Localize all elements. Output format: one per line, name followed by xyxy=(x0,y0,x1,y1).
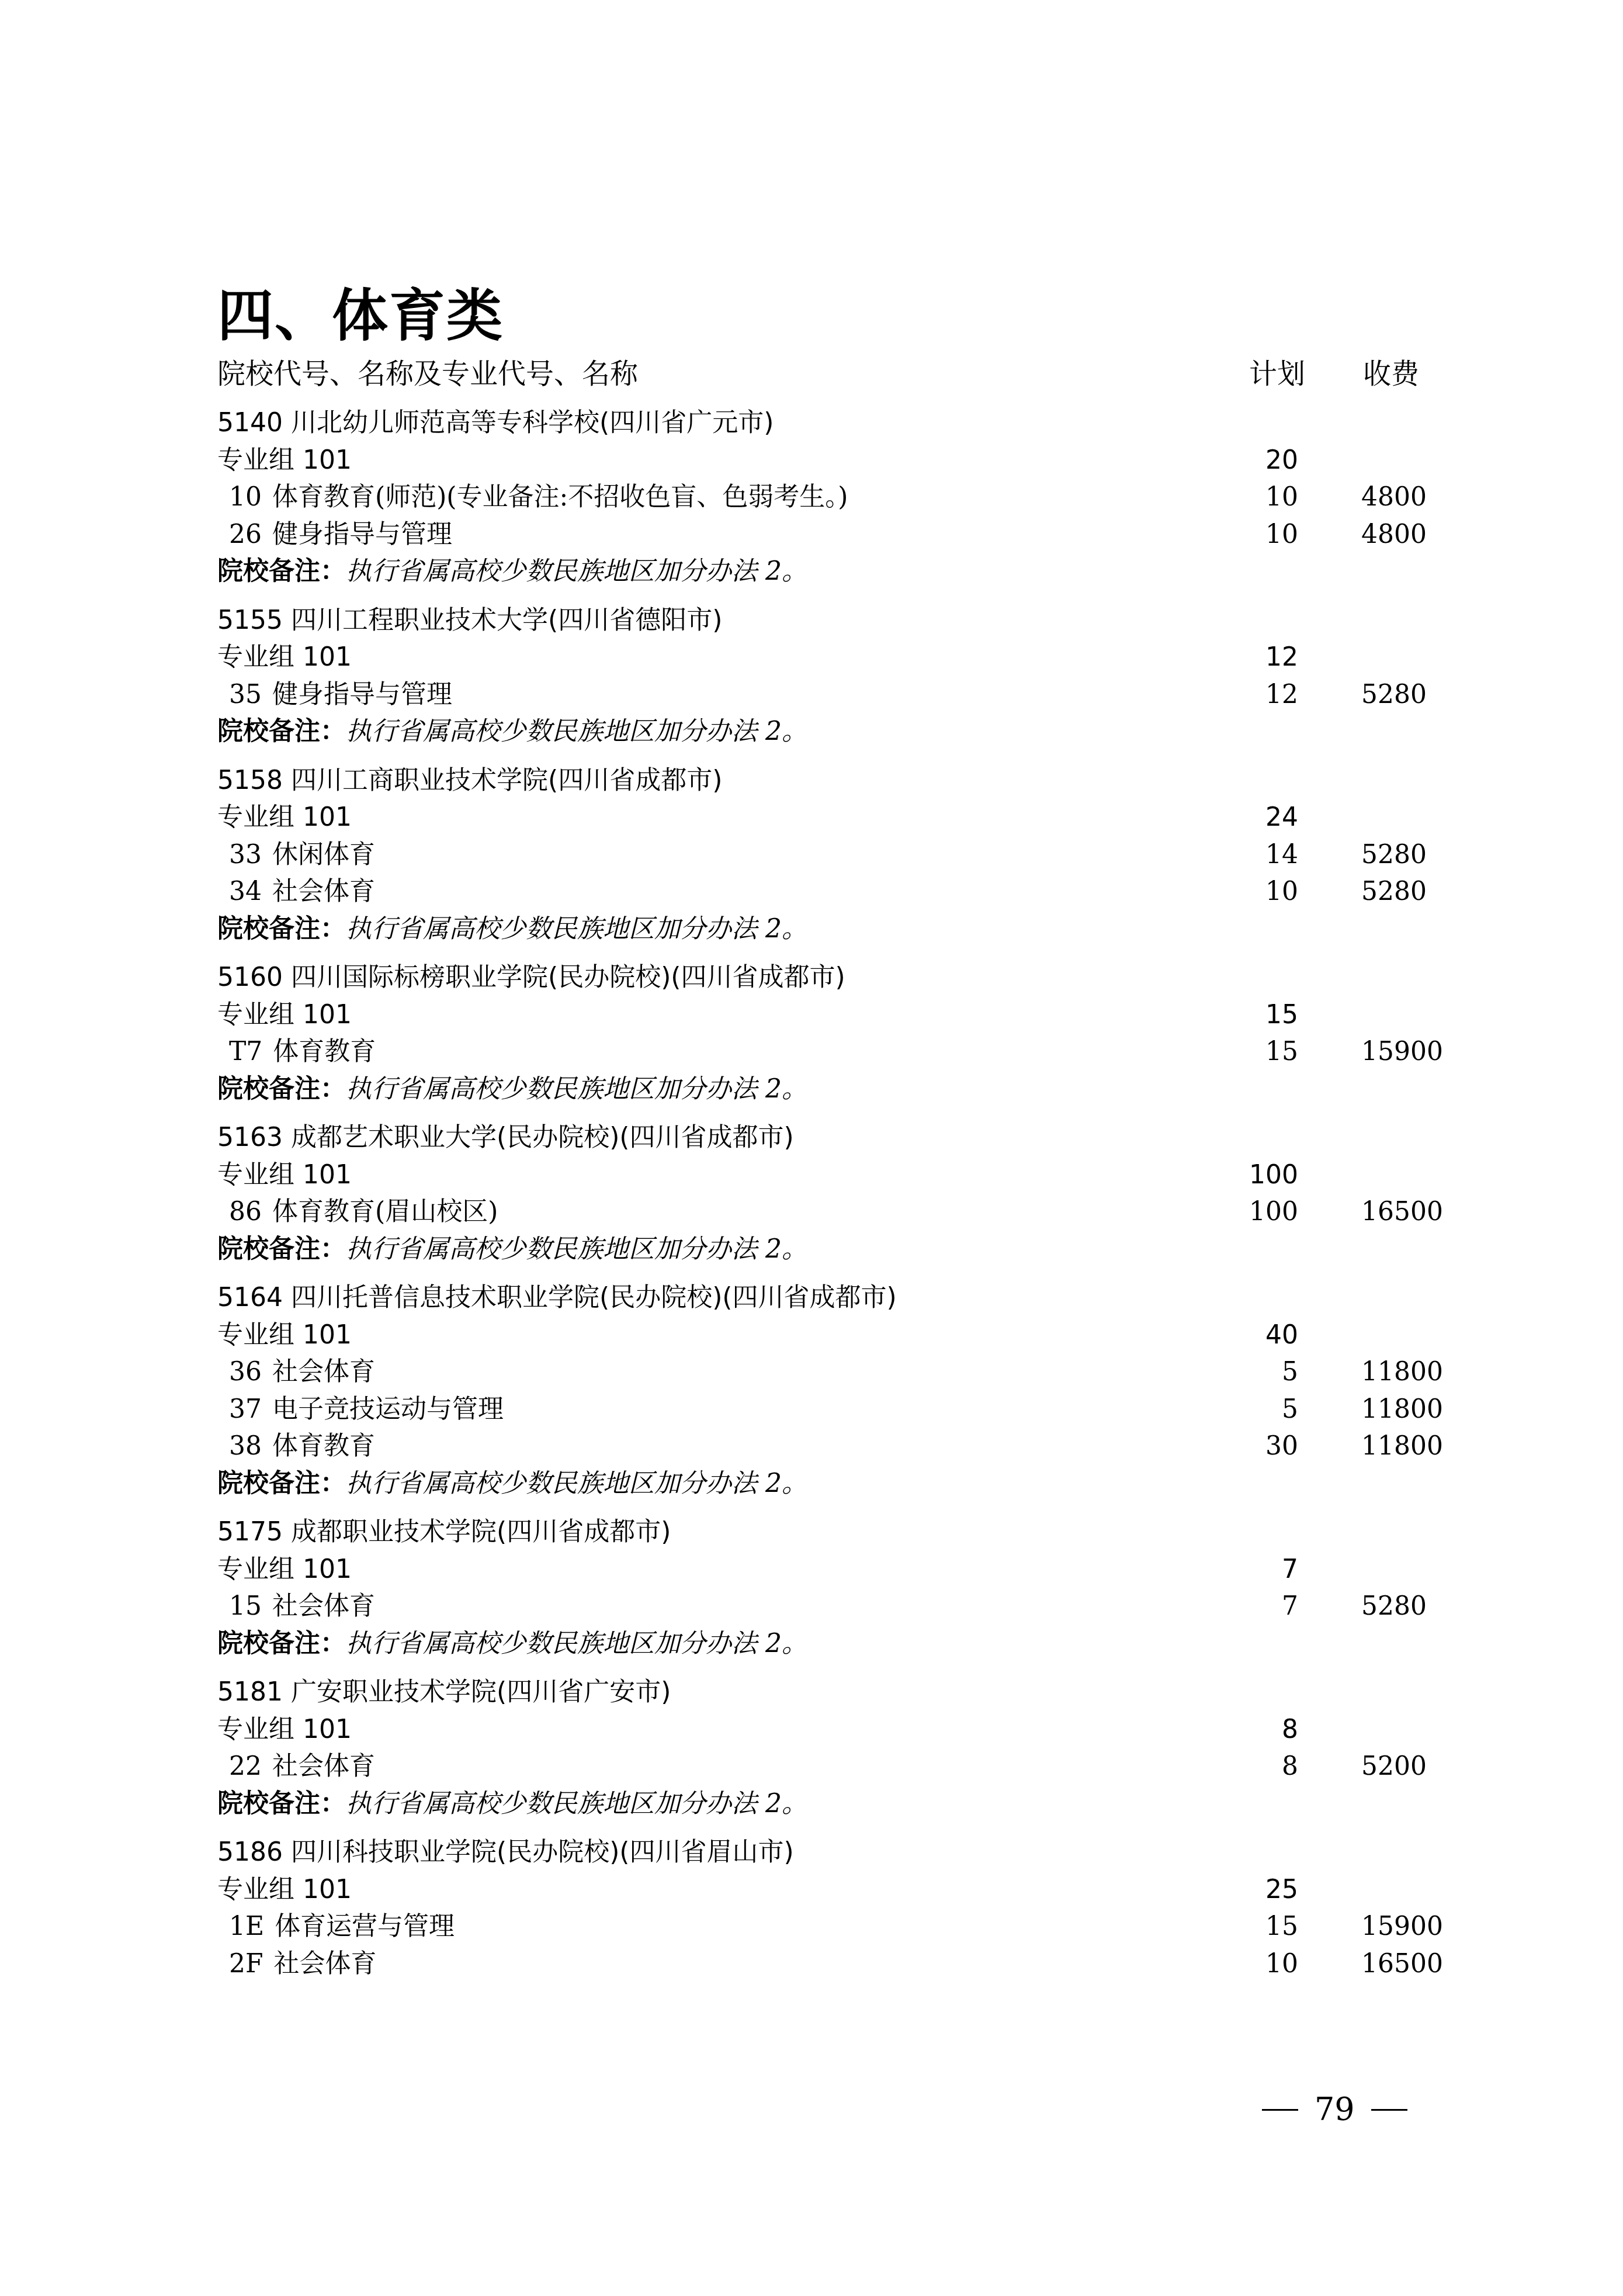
school-heading: 5181 广安职业技术学院(四川省广安市) xyxy=(217,1674,1444,1711)
major-name: 体育教育(眉山校区) xyxy=(272,1197,498,1227)
school-block: 5163 成都艺术职业大学(民办院校)(四川省成都市)专业组 10110086体… xyxy=(217,1119,1444,1268)
major-name-cell: 35健身指导与管理 xyxy=(229,676,452,714)
major-row: T7体育教育1515900 xyxy=(217,1033,1444,1071)
major-group-plan: 40 xyxy=(1265,1317,1298,1354)
major-fee: 4800 xyxy=(1361,479,1427,516)
major-group-plan: 100 xyxy=(1249,1156,1298,1194)
school-title: 四川托普信息技术职业学院(民办院校)(四川省成都市) xyxy=(291,1283,897,1313)
major-code: T7 xyxy=(229,1033,262,1071)
major-name: 社会体育 xyxy=(272,877,375,906)
major-plan: 15 xyxy=(1265,1033,1298,1071)
major-code: 34 xyxy=(229,873,262,910)
major-group-label: 专业组 101 xyxy=(217,1551,352,1588)
major-plan: 15 xyxy=(1265,1908,1298,1945)
major-row: 2F社会体育1016500 xyxy=(217,1945,1444,1983)
major-group-row: 专业组 10125 xyxy=(217,1871,1444,1909)
school-name: 5155 四川工程职业技术大学(四川省德阳市) xyxy=(217,602,722,639)
school-block: 5155 四川工程职业技术大学(四川省德阳市)专业组 1011235健身指导与管… xyxy=(217,602,1444,750)
major-group-row: 专业组 10120 xyxy=(217,442,1444,479)
major-code: 1E xyxy=(229,1908,264,1945)
remark-label: 院校备注： xyxy=(217,1234,346,1264)
major-group-plan: 8 xyxy=(1282,1711,1298,1748)
major-code: 86 xyxy=(229,1193,262,1231)
major-row: 33休闲体育145280 xyxy=(217,836,1444,874)
school-title: 成都职业技术学院(四川省成都市) xyxy=(291,1517,671,1547)
major-fee: 4800 xyxy=(1361,516,1427,553)
major-fee: 5280 xyxy=(1361,873,1427,910)
major-row: 15社会体育75280 xyxy=(217,1588,1444,1625)
major-name: 社会体育 xyxy=(272,1357,375,1387)
school-code: 5158 xyxy=(217,766,283,795)
major-code: 2F xyxy=(229,1945,263,1983)
remark-label: 院校备注： xyxy=(217,1074,346,1104)
major-row: 1E体育运营与管理1515900 xyxy=(217,1908,1444,1945)
major-group-plan: 25 xyxy=(1265,1871,1298,1909)
school-block: 5181 广安职业技术学院(四川省广安市)专业组 101822社会体育85200… xyxy=(217,1674,1444,1822)
school-remark: 院校备注：执行省属高校少数民族地区加分办法 2。 xyxy=(217,553,1444,590)
major-group-plan: 15 xyxy=(1265,996,1298,1034)
major-name: 体育教育 xyxy=(273,1037,376,1066)
major-group-label: 专业组 101 xyxy=(217,442,352,479)
major-code: 37 xyxy=(229,1391,262,1428)
school-heading: 5163 成都艺术职业大学(民办院校)(四川省成都市) xyxy=(217,1119,1444,1156)
major-fee: 15900 xyxy=(1361,1033,1443,1071)
major-group-row: 专业组 1017 xyxy=(217,1551,1444,1588)
major-name-cell: T7体育教育 xyxy=(229,1033,376,1071)
school-block: 5158 四川工商职业技术学院(四川省成都市)专业组 1012433休闲体育14… xyxy=(217,762,1444,948)
school-heading: 5164 四川托普信息技术职业学院(民办院校)(四川省成都市) xyxy=(217,1279,1444,1317)
school-title: 四川工程职业技术大学(四川省德阳市) xyxy=(291,605,722,635)
remark-text: 执行省属高校少数民族地区加分办法 2。 xyxy=(346,914,807,944)
major-name-cell: 22社会体育 xyxy=(229,1748,375,1785)
major-name-cell: 1E体育运营与管理 xyxy=(229,1908,455,1945)
school-title: 四川工商职业技术学院(四川省成都市) xyxy=(291,766,722,795)
major-row: 38体育教育3011800 xyxy=(217,1428,1444,1465)
major-group-plan: 20 xyxy=(1265,442,1298,479)
major-group-row: 专业组 10115 xyxy=(217,996,1444,1034)
major-fee: 11800 xyxy=(1361,1391,1443,1428)
major-group-label: 专业组 101 xyxy=(217,1317,352,1354)
school-name: 5186 四川科技职业学院(民办院校)(四川省眉山市) xyxy=(217,1834,794,1871)
major-code: 15 xyxy=(229,1588,262,1625)
school-block: 5160 四川国际标榜职业学院(民办院校)(四川省成都市)专业组 10115T7… xyxy=(217,959,1444,1107)
page-title: 四、体育类 xyxy=(217,280,504,351)
major-group-plan: 12 xyxy=(1265,639,1298,676)
remark-text: 执行省属高校少数民族地区加分办法 2。 xyxy=(346,1074,807,1104)
remark-text: 执行省属高校少数民族地区加分办法 2。 xyxy=(346,1234,807,1264)
major-row: 10体育教育(师范)(专业备注:不招收色盲、色弱考生。)104800 xyxy=(217,479,1444,516)
school-remark: 院校备注：执行省属高校少数民族地区加分办法 2。 xyxy=(217,1071,1444,1108)
footer-dash-right xyxy=(1371,2109,1407,2111)
major-plan: 7 xyxy=(1282,1588,1298,1625)
school-code: 5181 xyxy=(217,1677,283,1707)
school-code: 5164 xyxy=(217,1283,283,1313)
school-title: 四川国际标榜职业学院(民办院校)(四川省成都市) xyxy=(291,962,845,992)
major-fee: 5200 xyxy=(1361,1748,1427,1785)
major-plan: 12 xyxy=(1265,676,1298,714)
major-row: 35健身指导与管理125280 xyxy=(217,676,1444,714)
major-name: 社会体育 xyxy=(272,1751,375,1781)
school-remark: 院校备注：执行省属高校少数民族地区加分办法 2。 xyxy=(217,713,1444,750)
major-name-cell: 26健身指导与管理 xyxy=(229,516,452,553)
school-block: 5175 成都职业技术学院(四川省成都市)专业组 101715社会体育75280… xyxy=(217,1514,1444,1662)
major-name-cell: 10体育教育(师范)(专业备注:不招收色盲、色弱考生。) xyxy=(229,479,848,516)
remark-label: 院校备注： xyxy=(217,716,346,746)
major-group-plan: 7 xyxy=(1282,1551,1298,1588)
school-heading: 5155 四川工程职业技术大学(四川省德阳市) xyxy=(217,602,1444,639)
school-code: 5140 xyxy=(217,408,283,438)
school-list: 5140 川北幼儿师范高等专科学校(四川省广元市)专业组 1012010体育教育… xyxy=(217,404,1444,1994)
school-heading: 5158 四川工商职业技术学院(四川省成都市) xyxy=(217,762,1444,799)
school-heading: 5160 四川国际标榜职业学院(民办院校)(四川省成都市) xyxy=(217,959,1444,996)
school-heading: 5175 成都职业技术学院(四川省成都市) xyxy=(217,1514,1444,1551)
major-name-cell: 86体育教育(眉山校区) xyxy=(229,1193,498,1231)
remark-label: 院校备注： xyxy=(217,1629,346,1658)
school-name: 5160 四川国际标榜职业学院(民办院校)(四川省成都市) xyxy=(217,959,845,996)
major-plan: 5 xyxy=(1282,1391,1298,1428)
major-group-label: 专业组 101 xyxy=(217,996,352,1034)
major-fee: 16500 xyxy=(1361,1193,1443,1231)
major-group-label: 专业组 101 xyxy=(217,1156,352,1194)
major-name: 社会体育 xyxy=(272,1591,375,1621)
column-header-name: 院校代号、名称及专业代号、名称 xyxy=(217,355,638,393)
footer-dash-left xyxy=(1262,2109,1298,2111)
major-plan: 30 xyxy=(1265,1428,1298,1465)
major-name-cell: 36社会体育 xyxy=(229,1353,375,1391)
school-name: 5175 成都职业技术学院(四川省成都市) xyxy=(217,1514,671,1551)
school-title: 四川科技职业学院(民办院校)(四川省眉山市) xyxy=(291,1837,794,1867)
major-name: 电子竞技运动与管理 xyxy=(272,1394,504,1424)
school-remark: 院校备注：执行省属高校少数民族地区加分办法 2。 xyxy=(217,1625,1444,1663)
major-code: 35 xyxy=(229,676,262,714)
remark-label: 院校备注： xyxy=(217,1789,346,1819)
major-name-cell: 15社会体育 xyxy=(229,1588,375,1625)
major-group-row: 专业组 10112 xyxy=(217,639,1444,676)
school-block: 5140 川北幼儿师范高等专科学校(四川省广元市)专业组 1012010体育教育… xyxy=(217,404,1444,590)
remark-label: 院校备注： xyxy=(217,1469,346,1498)
major-group-label: 专业组 101 xyxy=(217,1871,352,1909)
major-group-label: 专业组 101 xyxy=(217,799,352,836)
school-code: 5175 xyxy=(217,1517,283,1547)
school-heading: 5140 川北幼儿师范高等专科学校(四川省广元市) xyxy=(217,404,1444,442)
column-header-plan: 计划 xyxy=(1249,355,1305,393)
major-group-row: 专业组 1018 xyxy=(217,1711,1444,1748)
school-name: 5158 四川工商职业技术学院(四川省成都市) xyxy=(217,762,722,799)
page-number: 79 xyxy=(1315,2086,1355,2133)
major-fee: 16500 xyxy=(1361,1945,1443,1983)
major-name-cell: 37电子竞技运动与管理 xyxy=(229,1391,504,1428)
major-row: 86体育教育(眉山校区)10016500 xyxy=(217,1193,1444,1231)
major-code: 26 xyxy=(229,516,262,553)
major-fee: 5280 xyxy=(1361,836,1427,874)
major-name-cell: 38体育教育 xyxy=(229,1428,375,1465)
major-row: 26健身指导与管理104800 xyxy=(217,516,1444,553)
school-code: 5186 xyxy=(217,1837,283,1867)
school-name: 5164 四川托普信息技术职业学院(民办院校)(四川省成都市) xyxy=(217,1279,897,1317)
major-plan: 14 xyxy=(1265,836,1298,874)
school-block: 5164 四川托普信息技术职业学院(民办院校)(四川省成都市)专业组 10140… xyxy=(217,1279,1444,1502)
remark-text: 执行省属高校少数民族地区加分办法 2。 xyxy=(346,1469,807,1498)
major-name: 社会体育 xyxy=(274,1949,377,1979)
school-name: 5163 成都艺术职业大学(民办院校)(四川省成都市) xyxy=(217,1119,794,1156)
major-row: 34社会体育105280 xyxy=(217,873,1444,910)
major-name-cell: 2F社会体育 xyxy=(229,1945,377,1983)
major-group-plan: 24 xyxy=(1265,799,1298,836)
major-plan: 100 xyxy=(1249,1193,1298,1231)
major-plan: 5 xyxy=(1282,1353,1298,1391)
school-remark: 院校备注：执行省属高校少数民族地区加分办法 2。 xyxy=(217,910,1444,948)
major-code: 22 xyxy=(229,1748,262,1785)
school-code: 5155 xyxy=(217,605,283,635)
major-plan: 10 xyxy=(1265,1945,1298,1983)
school-name: 5181 广安职业技术学院(四川省广安市) xyxy=(217,1674,671,1711)
major-name: 体育教育(师范)(专业备注:不招收色盲、色弱考生。) xyxy=(272,482,848,512)
major-row: 22社会体育85200 xyxy=(217,1748,1444,1785)
school-remark: 院校备注：执行省属高校少数民族地区加分办法 2。 xyxy=(217,1785,1444,1823)
major-plan: 10 xyxy=(1265,873,1298,910)
major-name: 健身指导与管理 xyxy=(272,680,452,709)
major-code: 36 xyxy=(229,1353,262,1391)
remark-text: 执行省属高校少数民族地区加分办法 2。 xyxy=(346,556,807,586)
major-group-label: 专业组 101 xyxy=(217,639,352,676)
major-code: 33 xyxy=(229,836,262,874)
major-fee: 5280 xyxy=(1361,1588,1427,1625)
major-name: 休闲体育 xyxy=(272,840,375,870)
major-plan: 8 xyxy=(1282,1748,1298,1785)
major-code: 38 xyxy=(229,1428,262,1465)
school-title: 成都艺术职业大学(民办院校)(四川省成都市) xyxy=(291,1123,794,1152)
column-header: 院校代号、名称及专业代号、名称 计划 收费 xyxy=(217,355,1444,393)
major-fee: 11800 xyxy=(1361,1428,1443,1465)
remark-text: 执行省属高校少数民族地区加分办法 2。 xyxy=(346,1629,807,1658)
remark-label: 院校备注： xyxy=(217,556,346,586)
major-name: 健身指导与管理 xyxy=(272,520,452,549)
major-group-row: 专业组 10140 xyxy=(217,1317,1444,1354)
school-title: 广安职业技术学院(四川省广安市) xyxy=(291,1677,671,1707)
major-fee: 5280 xyxy=(1361,676,1427,714)
major-name-cell: 34社会体育 xyxy=(229,873,375,910)
major-group-label: 专业组 101 xyxy=(217,1711,352,1748)
major-plan: 10 xyxy=(1265,516,1298,553)
major-group-row: 专业组 101100 xyxy=(217,1156,1444,1194)
school-heading: 5186 四川科技职业学院(民办院校)(四川省眉山市) xyxy=(217,1834,1444,1871)
school-code: 5160 xyxy=(217,962,283,992)
major-name: 体育教育 xyxy=(272,1431,375,1461)
school-title: 川北幼儿师范高等专科学校(四川省广元市) xyxy=(291,408,774,438)
major-name-cell: 33休闲体育 xyxy=(229,836,375,874)
column-header-fee: 收费 xyxy=(1363,355,1419,393)
major-row: 37电子竞技运动与管理511800 xyxy=(217,1391,1444,1428)
major-group-row: 专业组 10124 xyxy=(217,799,1444,836)
remark-text: 执行省属高校少数民族地区加分办法 2。 xyxy=(346,1789,807,1819)
major-name: 体育运营与管理 xyxy=(275,1911,455,1941)
remark-label: 院校备注： xyxy=(217,914,346,944)
major-row: 36社会体育511800 xyxy=(217,1353,1444,1391)
school-remark: 院校备注：执行省属高校少数民族地区加分办法 2。 xyxy=(217,1231,1444,1268)
major-fee: 11800 xyxy=(1361,1353,1443,1391)
major-fee: 15900 xyxy=(1361,1908,1443,1945)
school-code: 5163 xyxy=(217,1123,283,1152)
school-block: 5186 四川科技职业学院(民办院校)(四川省眉山市)专业组 101251E体育… xyxy=(217,1834,1444,1982)
remark-text: 执行省属高校少数民族地区加分办法 2。 xyxy=(346,716,807,746)
major-plan: 10 xyxy=(1265,479,1298,516)
page-footer: 79 xyxy=(1262,2086,1437,2133)
school-remark: 院校备注：执行省属高校少数民族地区加分办法 2。 xyxy=(217,1465,1444,1502)
school-name: 5140 川北幼儿师范高等专科学校(四川省广元市) xyxy=(217,404,774,442)
major-code: 10 xyxy=(229,479,262,516)
